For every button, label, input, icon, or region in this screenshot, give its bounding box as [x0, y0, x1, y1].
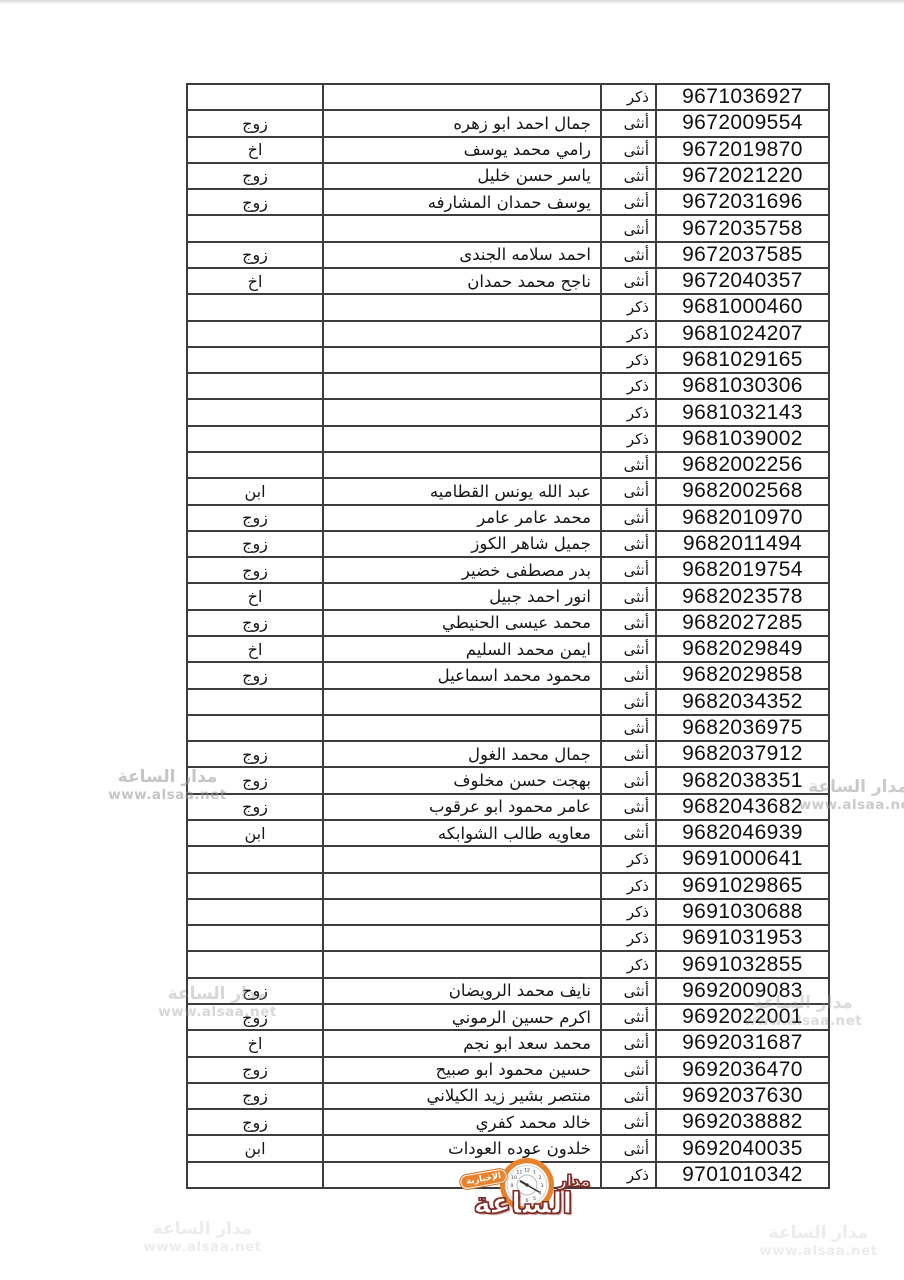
relation-cell: اخ — [188, 584, 324, 610]
relation-cell — [188, 847, 324, 873]
relation-cell: اخ — [188, 637, 324, 663]
relation-cell — [188, 216, 324, 242]
national-id-cell: 9682034352 — [657, 690, 830, 716]
name-cell — [324, 900, 602, 926]
gender-cell: أنثى — [602, 216, 657, 242]
national-id-cell: 9672040357 — [657, 269, 830, 295]
gender-cell: ذكر — [602, 85, 657, 111]
name-cell — [324, 690, 602, 716]
national-id-cell: 9682029849 — [657, 637, 830, 663]
name-cell: عبد الله يونس القطاميه — [324, 479, 602, 505]
name-cell: ياسر حسن خليل — [324, 164, 602, 190]
relation-cell — [188, 322, 324, 348]
gender-cell: أنثى — [602, 795, 657, 821]
name-cell: انور احمد جبيل — [324, 584, 602, 610]
gender-cell: أنثى — [602, 663, 657, 689]
national-id-cell: 9681030306 — [657, 374, 830, 400]
national-id-cell: 9671036927 — [657, 85, 830, 111]
relation-cell: زوج — [188, 243, 324, 269]
gender-cell: أنثى — [602, 979, 657, 1005]
gender-cell: أنثى — [602, 558, 657, 584]
scanned-document-page: { "watermark": { "line1": "مدار الساعة",… — [0, 0, 904, 1280]
relation-cell — [188, 295, 324, 321]
relation-cell — [188, 427, 324, 453]
national-id-cell: 9682043682 — [657, 795, 830, 821]
gender-cell: ذكر — [602, 874, 657, 900]
svg-text:11: 11 — [516, 1170, 522, 1176]
gender-cell: ذكر — [602, 1163, 657, 1189]
gender-cell: أنثى — [602, 611, 657, 637]
gender-cell: ذكر — [602, 900, 657, 926]
relation-cell — [188, 716, 324, 742]
national-id-cell: 9692009083 — [657, 979, 830, 1005]
relation-cell — [188, 926, 324, 952]
gender-cell: أنثى — [602, 506, 657, 532]
gender-cell: ذكر — [602, 322, 657, 348]
name-cell: اكرم حسين الرموني — [324, 1005, 602, 1031]
gender-cell: أنثى — [602, 1110, 657, 1136]
gender-cell: أنثى — [602, 1005, 657, 1031]
relation-cell — [188, 348, 324, 374]
gender-cell: ذكر — [602, 952, 657, 978]
name-cell: بدر مصطفى خضير — [324, 558, 602, 584]
site-logo: 121234567891011 مدار الإخبارية الساعة — [458, 1154, 598, 1226]
gender-cell: أنثى — [602, 111, 657, 137]
name-cell — [324, 952, 602, 978]
scan-edge-artifact — [0, 0, 904, 4]
name-cell — [324, 322, 602, 348]
gender-cell: أنثى — [602, 479, 657, 505]
name-cell: محمد سعد ابو نجم — [324, 1031, 602, 1057]
name-cell: محمود محمد اسماعيل — [324, 663, 602, 689]
national-id-cell: 9672035758 — [657, 216, 830, 242]
relation-cell: زوج — [188, 611, 324, 637]
name-cell: خالد محمد كفري — [324, 1110, 602, 1136]
gender-cell: أنثى — [602, 1084, 657, 1110]
national-id-cell: 9701010342 — [657, 1163, 830, 1189]
national-id-cell: 9682037912 — [657, 742, 830, 768]
name-cell — [324, 453, 602, 479]
national-id-cell: 9682029858 — [657, 663, 830, 689]
national-id-cell: 9692036470 — [657, 1058, 830, 1084]
gender-cell: ذكر — [602, 400, 657, 426]
name-cell: جمال احمد ابو زهره — [324, 111, 602, 137]
national-id-cell: 9681000460 — [657, 295, 830, 321]
gender-cell: أنثى — [602, 1031, 657, 1057]
gender-cell: ذكر — [602, 847, 657, 873]
national-id-cell: 9672037585 — [657, 243, 830, 269]
relation-cell: اخ — [188, 1031, 324, 1057]
relation-cell: اخ — [188, 138, 324, 164]
name-cell: جمال محمد الغول — [324, 742, 602, 768]
national-id-cell: 9681032143 — [657, 400, 830, 426]
relation-cell — [188, 1163, 324, 1189]
relation-cell: زوج — [188, 532, 324, 558]
name-cell: معاويه طالب الشوابكه — [324, 821, 602, 847]
name-cell — [324, 216, 602, 242]
watermark: مدار الساعة www.alsaa.net — [110, 1220, 295, 1255]
gender-cell: أنثى — [602, 453, 657, 479]
gender-cell: ذكر — [602, 926, 657, 952]
relation-cell: اخ — [188, 269, 324, 295]
name-cell: محمد عيسى الحنيطي — [324, 611, 602, 637]
name-cell — [324, 847, 602, 873]
national-id-cell: 9672009554 — [657, 111, 830, 137]
national-id-cell: 9682010970 — [657, 506, 830, 532]
national-id-cell: 9682002568 — [657, 479, 830, 505]
gender-cell: أنثى — [602, 243, 657, 269]
national-id-cell: 9682019754 — [657, 558, 830, 584]
name-cell — [324, 716, 602, 742]
national-id-cell: 9681039002 — [657, 427, 830, 453]
national-id-cell: 9682027285 — [657, 611, 830, 637]
name-cell: احمد سلامه الجندى — [324, 243, 602, 269]
gender-cell: أنثى — [602, 690, 657, 716]
svg-text:1: 1 — [533, 1170, 536, 1176]
national-id-cell: 9672019870 — [657, 138, 830, 164]
relation-cell: زوج — [188, 663, 324, 689]
relation-cell — [188, 900, 324, 926]
national-id-cell: 9682023578 — [657, 584, 830, 610]
records-table: ذكر 9671036927 زوج جمال احمد ابو زهره أن… — [186, 83, 830, 1189]
national-id-cell: 9681029165 — [657, 348, 830, 374]
name-cell: ناجح محمد حمدان — [324, 269, 602, 295]
name-cell — [324, 400, 602, 426]
national-id-cell: 9691032855 — [657, 952, 830, 978]
name-cell: منتصر بشير زيد الكيلاني — [324, 1084, 602, 1110]
national-id-cell: 9682046939 — [657, 821, 830, 847]
name-cell: نايف محمد الرويضان — [324, 979, 602, 1005]
gender-cell: أنثى — [602, 584, 657, 610]
svg-text:10: 10 — [511, 1175, 517, 1181]
name-cell: محمد عامر عامر — [324, 506, 602, 532]
relation-cell: زوج — [188, 1058, 324, 1084]
national-id-cell: 9682036975 — [657, 716, 830, 742]
name-cell: حسين محمود ابو صبيح — [324, 1058, 602, 1084]
name-cell — [324, 374, 602, 400]
name-cell — [324, 427, 602, 453]
national-id-cell: 9691030688 — [657, 900, 830, 926]
relation-cell — [188, 374, 324, 400]
name-cell — [324, 295, 602, 321]
watermark-url: www.alsaa.net — [726, 1244, 904, 1260]
name-cell: رامي محمد يوسف — [324, 138, 602, 164]
national-id-cell: 9692040035 — [657, 1136, 830, 1162]
relation-cell — [188, 453, 324, 479]
gender-cell: أنثى — [602, 190, 657, 216]
svg-text:2: 2 — [539, 1175, 542, 1181]
relation-cell: زوج — [188, 742, 324, 768]
watermark-url: www.alsaa.net — [110, 1240, 295, 1256]
gender-cell: ذكر — [602, 374, 657, 400]
national-id-cell: 9692038882 — [657, 1110, 830, 1136]
gender-cell: أنثى — [602, 164, 657, 190]
national-id-cell: 9692037630 — [657, 1084, 830, 1110]
name-cell: بهجت حسن مخلوف — [324, 768, 602, 794]
relation-cell — [188, 690, 324, 716]
relation-cell — [188, 85, 324, 111]
relation-cell — [188, 952, 324, 978]
relation-cell — [188, 874, 324, 900]
national-id-cell: 9682011494 — [657, 532, 830, 558]
gender-cell: أنثى — [602, 532, 657, 558]
relation-cell: زوج — [188, 558, 324, 584]
relation-cell: ابن — [188, 1136, 324, 1162]
national-id-cell: 9691029865 — [657, 874, 830, 900]
relation-cell: زوج — [188, 190, 324, 216]
relation-cell: زوج — [188, 111, 324, 137]
name-cell: جميل شاهر الكوز — [324, 532, 602, 558]
relation-cell: ابن — [188, 821, 324, 847]
watermark: مدار الساعة www.alsaa.net — [726, 1224, 904, 1259]
national-id-cell: 9691000641 — [657, 847, 830, 873]
gender-cell: أنثى — [602, 269, 657, 295]
relation-cell: زوج — [188, 795, 324, 821]
national-id-cell: 9672031696 — [657, 190, 830, 216]
gender-cell: ذكر — [602, 295, 657, 321]
gender-cell: أنثى — [602, 821, 657, 847]
gender-cell: أنثى — [602, 1136, 657, 1162]
watermark-text: مدار الساعة — [110, 1220, 295, 1240]
gender-cell: أنثى — [602, 716, 657, 742]
relation-cell: ابن — [188, 479, 324, 505]
gender-cell: أنثى — [602, 742, 657, 768]
relation-cell: زوج — [188, 164, 324, 190]
name-cell — [324, 874, 602, 900]
national-id-cell: 9692031687 — [657, 1031, 830, 1057]
national-id-cell: 9681024207 — [657, 322, 830, 348]
name-cell — [324, 926, 602, 952]
relation-cell: زوج — [188, 768, 324, 794]
relation-cell: زوج — [188, 979, 324, 1005]
gender-cell: أنثى — [602, 637, 657, 663]
gender-cell: أنثى — [602, 768, 657, 794]
relation-cell: زوج — [188, 506, 324, 532]
national-id-cell: 9682002256 — [657, 453, 830, 479]
gender-cell: ذكر — [602, 348, 657, 374]
relation-cell: زوج — [188, 1110, 324, 1136]
relation-cell — [188, 400, 324, 426]
name-cell — [324, 348, 602, 374]
name-cell: ايمن محمد السليم — [324, 637, 602, 663]
national-id-cell: 9691031953 — [657, 926, 830, 952]
gender-cell: أنثى — [602, 1058, 657, 1084]
gender-cell: ذكر — [602, 427, 657, 453]
relation-cell: زوج — [188, 1084, 324, 1110]
national-id-cell: 9682038351 — [657, 768, 830, 794]
relation-cell: زوج — [188, 1005, 324, 1031]
svg-text:12: 12 — [524, 1168, 530, 1174]
name-cell: عامر محمود ابو عرقوب — [324, 795, 602, 821]
national-id-cell: 9692022001 — [657, 1005, 830, 1031]
watermark-text: مدار الساعة — [726, 1224, 904, 1244]
name-cell — [324, 85, 602, 111]
name-cell: يوسف حمدان المشارفه — [324, 190, 602, 216]
national-id-cell: 9672021220 — [657, 164, 830, 190]
logo-word-alsaa: الساعة — [464, 1186, 582, 1220]
gender-cell: أنثى — [602, 138, 657, 164]
